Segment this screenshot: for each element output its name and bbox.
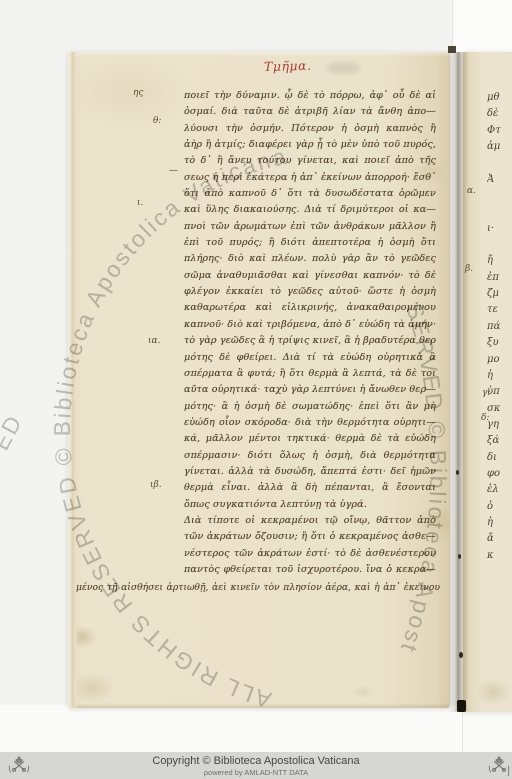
facing-line-fragment: Ἀ <box>487 172 512 188</box>
facing-line-fragment: ἐλ <box>487 482 512 498</box>
ink-bleed-ghost <box>326 62 360 74</box>
manuscript-line: σπέρματα ἃ φυτά; ἢ ὅτι θερμὰ ἃ λεπτά, τὰ… <box>184 366 436 382</box>
background-bottom <box>0 705 512 753</box>
facing-line-fragment: σκ <box>487 401 512 417</box>
facing-line-fragment: δι <box>487 450 512 466</box>
facing-line-fragment: μθ <box>487 90 512 106</box>
facing-page-sliver: μθδὲΦτἀμἈι·ἤἐπζμτεπάξυμοἡὑπσκγηξάδιφοἐλὀ… <box>463 52 512 712</box>
manuscript-line: ὅτι ἀπὸ καπνοῦ δ᾽ ὅτι τὰ δυσωδέστατα ὁρῶ… <box>184 186 436 202</box>
manuscript-line: σεως ἡ περὶ ἑκάτερα ἡ ἀπ᾽ ἐκείνων ἀπορρο… <box>184 170 436 186</box>
margin-numeral: ι. <box>137 198 143 208</box>
facing-line-fragment: Φτ <box>487 123 512 139</box>
facing-line-fragment: δὲ <box>487 106 512 122</box>
manuscript-line: ὅπως συγκατιόντα λεπτύνῃ τὰ ὑγρά. <box>184 497 436 513</box>
manuscript-scan-page: μθδὲΦτἀμἈι·ἤἐπζμτεπάξυμοἡὑπσκγηξάδιφοἐλὀ… <box>0 0 512 779</box>
facing-line-fragment: ἐπ <box>487 270 512 286</box>
binding-gutter <box>448 52 468 712</box>
facing-line-fragment: ἡ <box>487 368 512 384</box>
manuscript-line: αῦτα οὐρητικά· ταχὺ γὰρ λεπτύνει ἡ ἄνωθε… <box>184 382 436 398</box>
background-top-right <box>453 0 512 52</box>
facing-line-fragment <box>487 155 512 171</box>
manuscript-line: σπέρμασιν· διότι ὅλως ἡ ὀσμὴ, διὰ θερμότ… <box>184 448 436 464</box>
facing-line-fragment <box>487 204 512 220</box>
facing-line-fragment: ἀμ <box>487 139 512 155</box>
manuscript-line: σῶμα ἀναθυμιᾶσθαι καὶ γίνεσθαι καπνόν· τ… <box>184 268 436 284</box>
manuscript-line: πλήρης· διὸ καὶ πλέων. πολὺ γὰρ ἂν τὸ γε… <box>184 251 436 267</box>
vatican-library-emblem-icon <box>8 755 30 776</box>
margin-numeral: ια. <box>148 336 160 346</box>
manuscript-line: πνοὶ τῶν ἀρωμάτων ἐπὶ τῶν ἀνθράκων μᾶλλο… <box>184 219 436 235</box>
facing-margin-numeral: γ: <box>482 388 490 398</box>
manuscript-line: κά, μᾶλλον μέντοι τηκτικά· θερμὰ δὲ τὰ ε… <box>184 431 436 447</box>
footer-bar: Copyright © Biblioteca Apostolica Vatica… <box>0 752 512 779</box>
manuscript-line: παντὸς φθείρεται τοῦ ἰσχυροτέρου. ἵνα ὁ … <box>184 562 436 578</box>
manuscript-line: Διὰ τίποτε οἱ κεκραμένοι τῷ οἴνῳ, θᾶττον… <box>184 513 436 529</box>
manuscript-line: καθαρωτέρα καὶ εἰλικρινής, ἀνακαθαιρομέν… <box>184 300 436 316</box>
manuscript-line: νέστερος τῶν ἀκράτων ἐστί· τὸ δὲ ἀσθενέσ… <box>184 546 436 562</box>
facing-line-fragment: ἤ <box>487 253 512 269</box>
facing-line-fragment: ἄ <box>487 531 512 547</box>
manuscript-line: μότης· ἃ ἡ ὀσμὴ δὲ σωματώδης· ἐπεὶ ὅτι ἂ… <box>184 399 436 415</box>
margin-numeral: — <box>169 166 178 176</box>
sewing-hole <box>456 470 459 475</box>
facing-line-fragment: ἡ <box>487 515 512 531</box>
facing-text-column: μθδὲΦτἀμἈι·ἤἐπζμτεπάξυμοἡὑπσκγηξάδιφοἐλὀ… <box>487 90 512 580</box>
facing-line-fragment: τε <box>487 302 512 318</box>
background-seam <box>452 0 453 52</box>
manuscript-leaf: Τμῆμα. ποιεῖ τὴν δύναμιν. ᾧ δὲ τὸ πόρρω,… <box>68 52 450 708</box>
facing-line-fragment <box>487 237 512 253</box>
facing-line-fragment: φο <box>487 466 512 482</box>
manuscript-line: τὸ δ᾽ ἢ ἄνευ τούτου γίνεται, καὶ ποιεῖ ἀ… <box>184 153 436 169</box>
manuscript-line: φλέγον ἐκκαίει τὸ γεῶδες αὐτοῦ· ὥστε ἡ ὀ… <box>184 284 436 300</box>
manuscript-line: τῶν ἀκράτων ὄζουσιν; ἢ ὅτι ὁ κεκραμένος … <box>184 529 436 545</box>
facing-line-fragment: ζμ <box>487 286 512 302</box>
manuscript-hanging-line: μένος τῇ αἰσθήσει ἀρτιωθῇ, ἀεὶ κινεῖν τὸ… <box>76 581 440 594</box>
manuscript-line: εὐώδη οἷον σκόροδα· διὰ τὴν θερμότητα οὐ… <box>184 415 436 431</box>
manuscript-line: λύουσι τὴν ὀσμήν. Πότερον ἡ ὀσμὴ καπνὸς … <box>184 121 436 137</box>
manuscript-line: γίνεται. ἀλλὰ τὰ δυσώδη, ἄπεπτά ἐστι· δε… <box>184 464 436 480</box>
manuscript-text-block: ποιεῖ τὴν δύναμιν. ᾧ δὲ τὸ πόρρω, ἀφ᾽ οὗ… <box>184 88 436 578</box>
facing-line-fragment: ξυ <box>487 335 512 351</box>
margin-numeral: ιβ. <box>150 480 162 490</box>
facing-line-fragment: ξά <box>487 433 512 449</box>
manuscript-line: καὶ ὕλης διακαιούσης. Διὰ τί δριμύτεροι … <box>184 202 436 218</box>
manuscript-line: μότης δὲ φθείρει. Διὰ τί τὰ εὐώδη οὐρητι… <box>184 350 436 366</box>
binding-notch-bottom <box>457 700 466 712</box>
facing-margin-numeral: δ: <box>481 413 489 423</box>
facing-line-fragment: ὑπ <box>487 384 512 400</box>
manuscript-line: θερμὰ εἶναι. ἀλλὰ ἃ δὴ πέπανται, ἃ ἔσοντ… <box>184 480 436 496</box>
sewing-hole <box>459 652 463 658</box>
facing-line-fragment: γη <box>487 417 512 433</box>
manuscript-line: καπνοῦ· διὸ καὶ τριβόμενα, ἀπὸ δ᾽ εὐώδη … <box>184 317 436 333</box>
watermark-fragment: ED <box>0 410 28 455</box>
facing-line-fragment <box>487 188 512 204</box>
facing-line-fragment: ὀ <box>487 499 512 515</box>
footer-copyright: Copyright © Biblioteca Apostolica Vatica… <box>0 755 512 767</box>
facing-line-fragment: ι· <box>487 221 512 237</box>
manuscript-line: ἐπὶ τοῦ πυρός; ἢ διότι ἀπεπτοτέρα ἡ ὀσμὴ… <box>184 235 436 251</box>
manuscript-line: ποιεῖ τὴν δύναμιν. ᾧ δὲ τὸ πόρρω, ἀφ᾽ οὗ… <box>184 88 436 104</box>
footer-powered-by: powered by AMLAD-NTT DATA <box>0 768 512 777</box>
manuscript-line: τὸ γὰρ γεῶδες ἃ ἡ τρίψις κινεῖ, ἃ ἡ βραδ… <box>184 333 436 349</box>
facing-line-fragment: μο <box>487 352 512 368</box>
manuscript-line: ὀσμαί. διὰ ταῦτα δὲ ἀτριβῆ λίαν τὰ ἄνθη … <box>184 104 436 120</box>
facing-margin-numeral: α. <box>467 186 476 196</box>
margin-numeral: θ: <box>153 116 161 126</box>
binding-notch-top <box>448 46 456 53</box>
facing-line-fragment: κ <box>487 548 512 564</box>
background-seam-bottom <box>462 712 463 752</box>
sewing-hole <box>458 554 461 559</box>
leaf-fore-edge <box>68 52 78 708</box>
margin-numeral: ης <box>133 88 143 98</box>
facing-line-fragment <box>487 564 512 580</box>
facing-line-fragment: πά <box>487 319 512 335</box>
vatican-library-emblem-icon <box>488 755 510 776</box>
manuscript-line: ἀὴρ ἢ ἀτμίς; διαφέρει γὰρ ᾗ τὸ μὲν ὑπὸ τ… <box>184 137 436 153</box>
